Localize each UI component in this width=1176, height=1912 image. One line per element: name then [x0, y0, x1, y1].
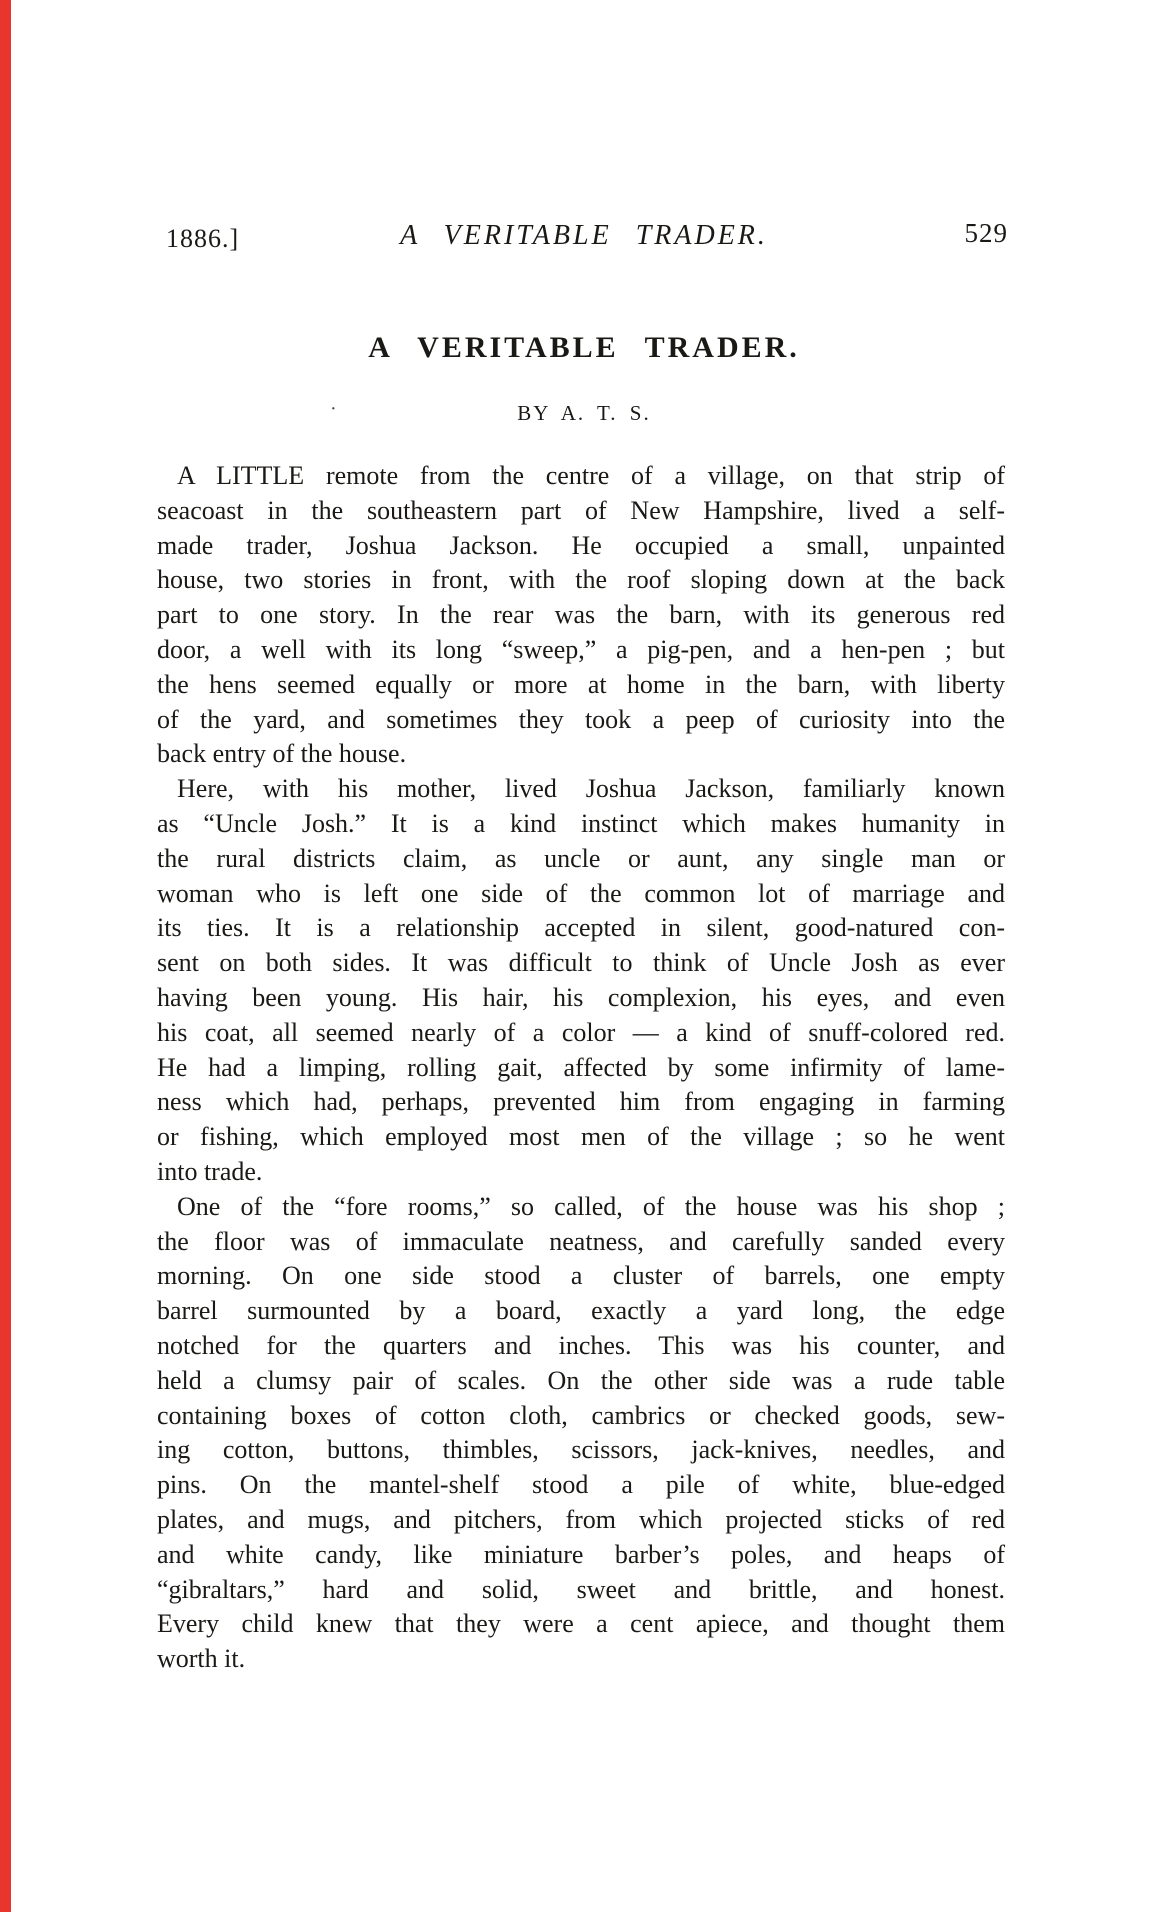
text-line: and white candy, like miniature barber’s… [157, 1538, 1005, 1573]
article-title: A VERITABLE TRADER. [160, 331, 1008, 365]
article-body: A LITTLE remote from the centre of a vil… [157, 459, 1005, 1677]
page-header: 1886.] A VERITABLE TRADER. 529 [160, 220, 1008, 260]
text-line: his coat, all seemed nearly of a color —… [157, 1016, 1005, 1051]
paragraph: A LITTLE remote from the centre of a vil… [157, 459, 1005, 772]
text-line: house, two stories in front, with the ro… [157, 563, 1005, 598]
text-line: of the yard, and sometimes they took a p… [157, 703, 1005, 738]
text-line: He had a limping, rolling gait, affected… [157, 1051, 1005, 1086]
scan-edge-red-bar [0, 0, 11, 1912]
text-line: barrel surmounted by a board, exactly a … [157, 1294, 1005, 1329]
text-line: ness which had, perhaps, prevented him f… [157, 1085, 1005, 1120]
header-page-number: 529 [965, 218, 1009, 249]
text-line: held a clumsy pair of scales. On the oth… [157, 1364, 1005, 1399]
text-line: into trade. [157, 1155, 1005, 1190]
text-line: Every child knew that they were a cent a… [157, 1607, 1005, 1642]
text-line: containing boxes of cotton cloth, cambri… [157, 1399, 1005, 1434]
text-line: woman who is left one side of the common… [157, 877, 1005, 912]
text-line: made trader, Joshua Jackson. He occupied… [157, 529, 1005, 564]
text-line: its ties. It is a relationship accepted … [157, 911, 1005, 946]
text-line: part to one story. In the rear was the b… [157, 598, 1005, 633]
text-line: sent on both sides. It was difficult to … [157, 946, 1005, 981]
text-line: or fishing, which employed most men of t… [157, 1120, 1005, 1155]
book-page-scan: 1886.] A VERITABLE TRADER. 529 A VERITAB… [0, 0, 1176, 1912]
text-line: morning. On one side stood a cluster of … [157, 1259, 1005, 1294]
article-byline: BY A. T. S. [160, 401, 1008, 426]
text-line: the rural districts claim, as uncle or a… [157, 842, 1005, 877]
text-line: “gibraltars,” hard and solid, sweet and … [157, 1573, 1005, 1608]
text-line: back entry of the house. [157, 737, 1005, 772]
text-line: the hens seemed equally or more at home … [157, 668, 1005, 703]
text-line: One of the “fore rooms,” so called, of t… [157, 1190, 1005, 1225]
text-line: Here, with his mother, lived Joshua Jack… [157, 772, 1005, 807]
text-line: notched for the quarters and inches. Thi… [157, 1329, 1005, 1364]
text-line: as “Uncle Josh.” It is a kind instinct w… [157, 807, 1005, 842]
text-line: A LITTLE remote from the centre of a vil… [157, 459, 1005, 494]
text-line: door, a well with its long “sweep,” a pi… [157, 633, 1005, 668]
header-running-title: A VERITABLE TRADER. [160, 220, 1008, 252]
text-line: plates, and mugs, and pitchers, from whi… [157, 1503, 1005, 1538]
text-line: worth it. [157, 1642, 1005, 1677]
text-line: pins. On the mantel-shelf stood a pile o… [157, 1468, 1005, 1503]
text-line: ing cotton, buttons, thimbles, scissors,… [157, 1433, 1005, 1468]
paragraph: One of the “fore rooms,” so called, of t… [157, 1190, 1005, 1677]
text-line: the floor was of immaculate neatness, an… [157, 1225, 1005, 1260]
text-line: seacoast in the southeastern part of New… [157, 494, 1005, 529]
paragraph: Here, with his mother, lived Joshua Jack… [157, 772, 1005, 1190]
text-line: having been young. His hair, his complex… [157, 981, 1005, 1016]
